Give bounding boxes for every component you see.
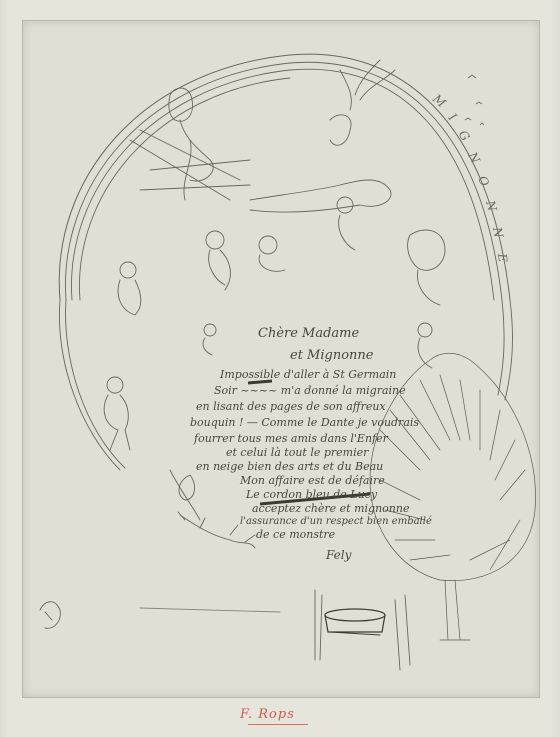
svg-text:O: O — [475, 174, 492, 189]
letter-line: Impossible d'aller à St Germain — [220, 368, 396, 381]
svg-text:G: G — [456, 128, 473, 144]
letter-salutation-1: Chère Madame — [258, 326, 359, 341]
letter-line: de ce monstre — [256, 528, 335, 541]
letter-line: acceptez chère et mignonne — [252, 502, 409, 515]
letter-line: et celui là tout le premier — [226, 446, 368, 459]
signature-underline — [248, 724, 308, 725]
letter-line: Le cordon bleu de Lucy — [246, 488, 377, 501]
pencil-signature: F. Rops — [240, 707, 295, 722]
svg-text:I: I — [445, 110, 459, 124]
letter-line: en lisant des pages de son affreux — [196, 400, 386, 413]
arc-letter: M — [429, 91, 449, 111]
letter-signature: Fely — [326, 548, 351, 562]
letter-line: en neige bien des arts et du Beau — [196, 460, 383, 473]
letter-line: l'assurance d'un respect bien emballé — [240, 516, 432, 527]
letter-line: Soir ~~~~ m'a donné la migraine — [214, 384, 406, 397]
svg-text:N: N — [483, 198, 500, 213]
letter-line: fourrer tous mes amis dans l'Enfer — [194, 432, 388, 445]
letter-salutation-2: et Mignonne — [290, 348, 373, 363]
letter-line: Mon affaire est de défaire — [240, 474, 385, 487]
svg-text:N: N — [490, 225, 506, 239]
svg-text:E: E — [495, 252, 510, 264]
letter-line: bouquin ! — Comme le Dante je voudrais — [190, 416, 419, 429]
